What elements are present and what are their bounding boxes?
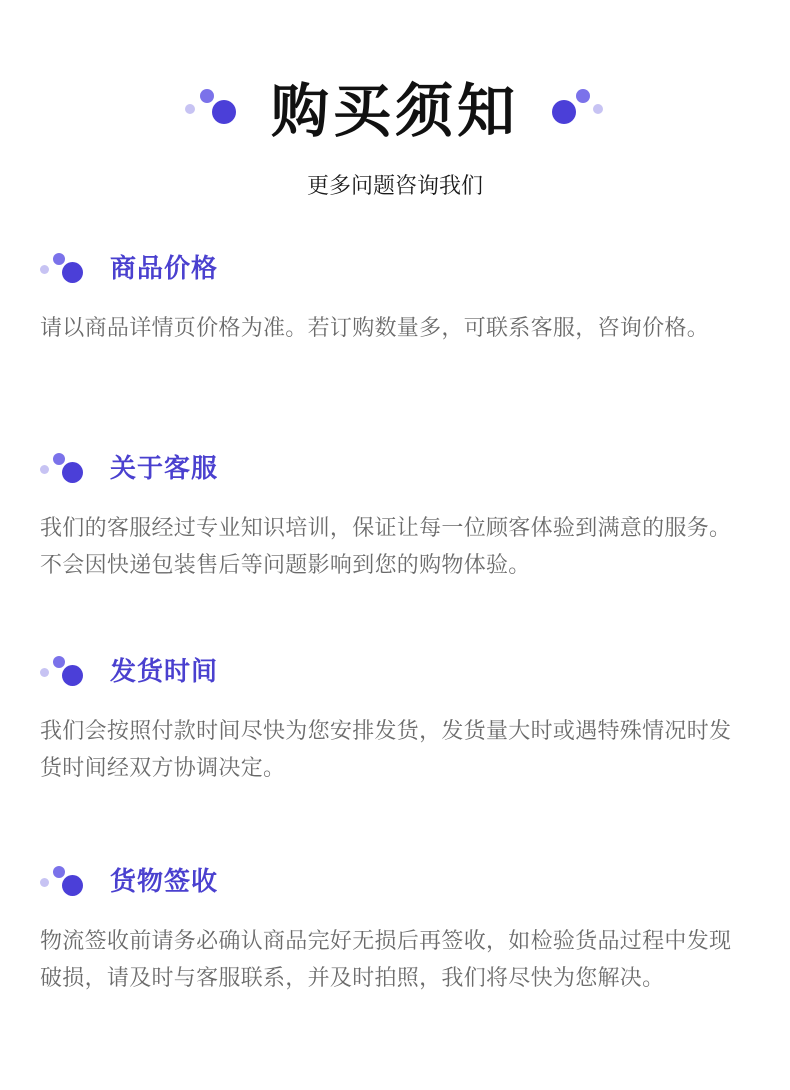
large-dot bbox=[62, 875, 83, 896]
section-goods-receipt: 货物签收 物流签收前请务必确认商品完好无损后再签收，如检验货品过程中发现破损，请… bbox=[0, 865, 790, 905]
section-title: 发货时间 bbox=[110, 655, 218, 689]
light-dot bbox=[40, 265, 49, 274]
dots-icon bbox=[38, 452, 88, 488]
section-title: 关于客服 bbox=[110, 452, 218, 486]
section-heading: 货物签收 bbox=[0, 865, 790, 905]
section-heading: 商品价格 bbox=[0, 252, 790, 292]
page-title: 购买须知 bbox=[0, 76, 790, 146]
light-dot bbox=[40, 465, 49, 474]
section-body: 我们会按照付款时间尽快为您安排发货，发货量大时或遇特殊情况时发货时间经双方协调决… bbox=[40, 713, 740, 787]
light-dot bbox=[593, 104, 603, 114]
light-dot bbox=[40, 668, 49, 677]
large-dot bbox=[62, 462, 83, 483]
medium-dot bbox=[53, 453, 65, 465]
section-title: 商品价格 bbox=[110, 252, 218, 286]
dots-icon bbox=[38, 865, 88, 901]
section-customer-service: 关于客服 我们的客服经过专业知识培训，保证让每一位顾客体验到满意的服务。不会因快… bbox=[0, 452, 790, 492]
section-body: 物流签收前请务必确认商品完好无损后再签收，如检验货品过程中发现破损，请及时与客服… bbox=[40, 923, 740, 997]
section-heading: 发货时间 bbox=[0, 655, 790, 695]
light-dot bbox=[40, 878, 49, 887]
large-dot bbox=[62, 262, 83, 283]
medium-dot bbox=[53, 866, 65, 878]
section-body: 请以商品详情页价格为准。若订购数量多，可联系客服，咨询价格。 bbox=[40, 310, 740, 347]
section-body: 我们的客服经过专业知识培训，保证让每一位顾客体验到满意的服务。不会因快递包装售后… bbox=[40, 510, 740, 584]
large-dot bbox=[552, 100, 576, 124]
dots-decoration-right-icon bbox=[548, 85, 608, 130]
dots-icon bbox=[38, 655, 88, 691]
medium-dot bbox=[53, 656, 65, 668]
section-title: 货物签收 bbox=[110, 865, 218, 899]
section-shipping-time: 发货时间 我们会按照付款时间尽快为您安排发货，发货量大时或遇特殊情况时发货时间经… bbox=[0, 655, 790, 695]
medium-dot bbox=[576, 89, 590, 103]
page-subtitle: 更多问题咨询我们 bbox=[0, 172, 790, 202]
section-product-price: 商品价格 请以商品详情页价格为准。若订购数量多，可联系客服，咨询价格。 bbox=[0, 252, 790, 292]
large-dot bbox=[62, 665, 83, 686]
page-header: 购买须知 bbox=[0, 70, 790, 150]
medium-dot bbox=[53, 253, 65, 265]
dots-icon bbox=[38, 252, 88, 288]
section-heading: 关于客服 bbox=[0, 452, 790, 492]
